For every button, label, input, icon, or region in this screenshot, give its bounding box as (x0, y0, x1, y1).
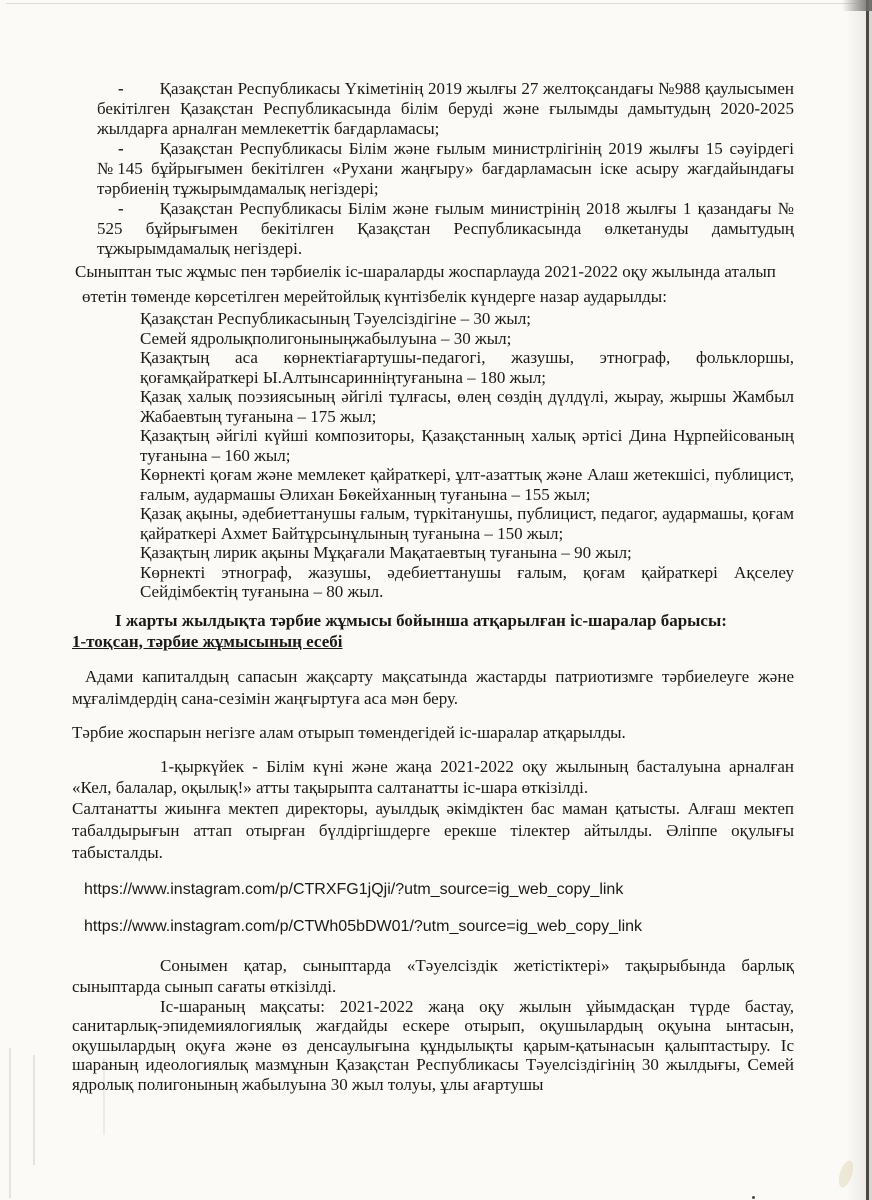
section-heading: І жарты жылдықта тәрбие жұмысы бойынша а… (115, 610, 794, 631)
scan-right-shadow-band (846, 0, 866, 1200)
instagram-link: https://www.instagram.com/p/CTWh05bDW01/… (84, 917, 794, 937)
quarter-report-heading: 1-тоқсан, тәрбие жұмысының есебі (72, 631, 794, 652)
bullet-dash: - (118, 199, 124, 218)
anniversary-item: Қазақстан Республикасының Тәуелсіздігіне… (140, 309, 794, 329)
anniversary-list: Қазақстан Республикасының Тәуелсіздігіне… (72, 309, 794, 602)
scan-speck (752, 1196, 755, 1199)
anniversary-item: Көрнекті қоғам және мемлекет қайраткері,… (140, 465, 794, 504)
policy-bullet-item: -Қазақстан Республикасы Білім және ғылым… (72, 199, 794, 259)
intro-paragraph: Сыныптан тыс жұмыс пен тәрбиелік іс-шара… (72, 259, 794, 309)
anniversary-item: Қазақ халық поэзиясының әйгілі тұлғасы, … (140, 387, 794, 426)
scan-top-edge-line (6, 3, 858, 4)
bullet-text: Қазақстан Республикасы Білім және ғылым … (97, 139, 794, 198)
policy-bullet-item: -Қазақстан Республикасы Үкіметінің 2019 … (72, 79, 794, 139)
scan-left-streak (33, 1055, 35, 1165)
scanned-document-page: -Қазақстан Республикасы Үкіметінің 2019 … (0, 0, 872, 1200)
paragraph-class-hour: Сонымен қатар, сыныптарда «Тәуелсіздік ж… (72, 955, 794, 997)
scan-top-right-corner-mark (842, 0, 872, 11)
scan-left-streak (9, 1048, 11, 1198)
bullet-text: Қазақстан Республикасы Үкіметінің 2019 ж… (97, 79, 794, 138)
anniversary-item: Қазақ ақыны, әдебиеттанушы ғалым, түркіт… (140, 504, 794, 543)
paragraph-event-goal: Іс-шараның мақсаты: 2021-2022 жаңа оқу ж… (72, 997, 794, 1095)
anniversary-item: Қазақтың аса көрнектіағартушы-педагогі, … (140, 348, 794, 387)
paragraph-ceremony-details: Салтанатты жиынға мектеп директоры, ауыл… (72, 798, 794, 864)
paragraph-september-event: 1-қыркүйек - Білім күні және жаңа 2021-2… (72, 756, 794, 798)
paragraph-plan-basis: Тәрбие жоспарын негізге алам отырып төме… (72, 722, 794, 744)
anniversary-item: Қазақтың әйгілі күйші композиторы, Қазақ… (140, 426, 794, 465)
document-body: -Қазақстан Республикасы Үкіметінің 2019 … (72, 79, 794, 1094)
bullet-dash: - (118, 139, 124, 158)
policy-bullet-item: -Қазақстан Республикасы Білім және ғылым… (72, 139, 794, 199)
paragraph-human-capital: Адами капиталдың сапасын жақсарту мақсат… (72, 666, 794, 710)
anniversary-item: Семей ядролықполигоныныңжабылуына – 30 ж… (140, 329, 794, 349)
anniversary-item: Көрнекті этнограф, жазушы, әдебиеттанушы… (140, 563, 794, 602)
bullet-dash: - (118, 79, 124, 98)
bullet-text: Қазақстан Республикасы Білім және ғылым … (97, 199, 794, 258)
anniversary-item: Қазақтың лирик ақыны Мұқағали Мақатаевты… (140, 543, 794, 563)
instagram-link: https://www.instagram.com/p/CTRXFG1jQji/… (84, 880, 794, 900)
